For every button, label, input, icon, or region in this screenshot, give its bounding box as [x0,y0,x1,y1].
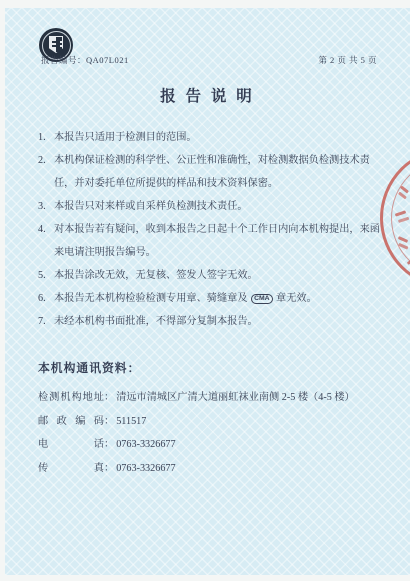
page-title: 报 告 说 明 [5,84,410,106]
note-text: 本机构保证检测的科学性、公正性和准确性，对检测数据负检测技术责任，并对委托单位所… [54,149,380,195]
note-number: 7. [38,310,54,333]
contact-value: 0763-3326677 [116,439,175,450]
note-item-2: 2. 本机构保证检测的科学性、公正性和准确性，对检测数据负检测技术责任，并对委托… [38,149,380,195]
contact-row-fax: 传真：0763-3326677 [38,457,386,481]
note-text: 本报告无本机构检验检测专用章、骑缝章及CMA章无效。 [54,287,380,310]
report-number: 报告编号：QA07L021 [41,54,129,66]
note-item-4: 4. 对本报告若有疑问，收到本报告之日起十个工作日内向本机构提出，来函来电请注明… [38,218,380,264]
report-page: 报告编号：QA07L021 第 2 页 共 5 页 报 告 说 明 1. 本报告… [5,8,410,575]
cma-mark-icon: CMA [251,294,273,304]
note-number: 3. [38,195,54,218]
contact-value: 511517 [116,416,146,427]
note-text: 未经本机构书面批准，不得部分复制本报告。 [54,310,380,333]
page-header: 报告编号：QA07L021 第 2 页 共 5 页 [5,54,410,68]
note-item-5: 5. 本报告涂改无效，无复核、签发人签字无效。 [38,264,380,287]
red-seal-stamp [380,147,410,289]
note-text: 本报告涂改无效，无复核、签发人签字无效。 [54,264,380,287]
contact-value: 清远市清城区广清大道丽虹袜业南侧 2-5 楼（4-5 楼） [116,392,355,403]
note-number: 2. [38,149,54,195]
note-number: 5. [38,264,54,287]
note-item-3: 3. 本报告只对来样或自采样负检测技术责任。 [38,195,380,218]
contact-colon: ： [104,386,114,410]
note-item-6: 6. 本报告无本机构检验检测专用章、骑缝章及CMA章无效。 [38,287,380,310]
stamp-inner-ring [391,158,410,278]
note-text-before: 本报告无本机构检验检测专用章、骑缝章及 [54,293,248,304]
contact-row-address: 检测机构地址：清远市清城区广清大道丽虹袜业南侧 2-5 楼（4-5 楼） [38,386,386,410]
contact-colon: ： [104,457,114,481]
note-number: 1. [38,126,54,149]
note-item-7: 7. 未经本机构书面批准，不得部分复制本报告。 [38,310,380,333]
note-number: 4. [38,218,54,264]
contact-label: 邮政编码 [38,410,104,434]
notes-list: 1. 本报告只适用于检测目的范围。 2. 本机构保证检测的科学性、公正性和准确性… [38,126,380,333]
contact-label: 传真 [38,457,104,481]
contact-label: 电话 [38,433,104,457]
contact-section: 本机构通讯资料： 检测机构地址：清远市清城区广清大道丽虹袜业南侧 2-5 楼（4… [38,359,386,480]
contact-label: 检测机构地址 [38,386,104,410]
contact-value: 0763-3326677 [116,463,175,474]
note-text: 本报告只适用于检测目的范围。 [54,126,380,149]
note-number: 6. [38,287,54,310]
contact-colon: ： [104,433,114,457]
page-indicator: 第 2 页 共 5 页 [318,54,377,66]
report-number-label: 报告编号： [41,55,86,65]
report-number-value: QA07L021 [86,55,129,65]
note-text-after: 章无效。 [276,293,317,304]
contact-heading: 本机构通讯资料： [38,359,386,376]
note-text: 本报告只对来样或自采样负检测技术责任。 [54,195,380,218]
contact-row-postcode: 邮政编码：511517 [38,410,386,434]
note-item-1: 1. 本报告只适用于检测目的范围。 [38,126,380,149]
contact-row-phone: 电话：0763-3326677 [38,433,386,457]
note-text: 对本报告若有疑问，收到本报告之日起十个工作日内向本机构提出，来函来电请注明报告编… [54,218,380,264]
contact-colon: ： [104,410,114,434]
